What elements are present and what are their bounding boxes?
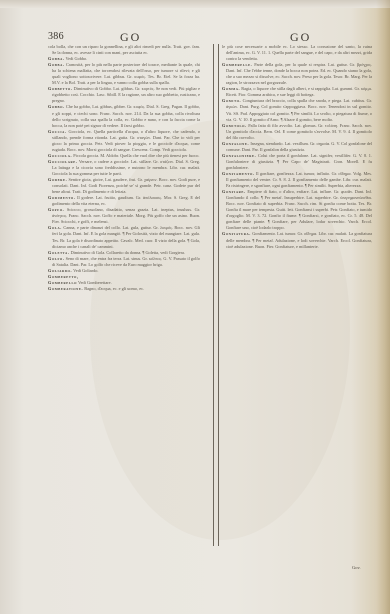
dictionary-entry: Gomberatione. Bagno, d'acqua, ec. e gli … [48, 286, 200, 292]
dictionary-entry: Gonfaloniere. Colui che porta il gonfalo… [222, 153, 372, 171]
entry-headword: Gobbo. [48, 104, 65, 109]
page-curl-shadow [376, 0, 390, 614]
right-column: le più cose necessarie a mobile ec. Lo s… [222, 44, 372, 250]
entry-definition: Congiuntura del braccio, colla spalla ch… [226, 98, 372, 121]
entry-headword: Gonfaloniere. [222, 153, 256, 158]
entry-headword: Gonfiatura. [222, 231, 251, 236]
entry-definition: Sentire gioia, gioire, Lat. gaudere, fru… [52, 177, 200, 194]
entry-definition: Vedi Gomberettare. [78, 280, 112, 285]
dictionary-entry: Gobba. Carnosità, per lo più nella parte… [48, 62, 200, 86]
dictionary-entry: Golfo. Seno di mare, che entra fra terra… [48, 256, 200, 268]
entry-headword: Gomito. [222, 98, 241, 103]
dictionary-entry: Gomberelle. Parte della gola, per la qua… [222, 62, 372, 86]
dictionary-entry: Goccia. Gocciola, ec. Quella particella … [48, 129, 200, 153]
entry-definition: Sciocco, grossolano, disadatto, senza gr… [52, 207, 200, 224]
entry-headword: Gocciola. [48, 153, 72, 158]
entry-headword: Gobbetto. [48, 86, 72, 91]
scanned-page: 386 GO GO cola bolla, che con un riparo … [0, 0, 390, 614]
entry-definition: Il godere. Lat. fruitio, gaudium. Gr. ἀπ… [52, 195, 200, 206]
dictionary-entry: Gonfiamento. Il gonfiare, gonfiezza. Lat… [222, 171, 372, 189]
dictionary-entry: Gocciolare. Versare, o cadere a gocciole… [48, 159, 200, 177]
entry-definition: le più cose necessarie a mobile ec. Lo s… [222, 44, 372, 61]
running-head-left: GO [120, 30, 141, 45]
dictionary-entry: Godimento. Il godere. Lat. fruitio, gaud… [48, 195, 200, 207]
entry-headword: Goffo. [48, 207, 64, 212]
entry-headword: Gocciolare. [48, 159, 78, 164]
entry-headword: Godimento. [48, 195, 75, 200]
entry-definition: Empiere di fiato, o d'altro, enfiare. La… [226, 189, 372, 230]
dictionary-entry: Gomitolo. Palla fatta di filo avvolto. L… [222, 123, 372, 141]
dictionary-entry: Goffo. Sciocco, grossolano, disadatto, s… [48, 207, 200, 225]
dictionary-entry: Gobbetto. Diminutivo di Gobbo. Lat. gibb… [48, 86, 200, 104]
entry-headword: Gomitolo. [222, 123, 247, 128]
entry-headword: Gobba. [48, 62, 65, 67]
dictionary-entry: Gonfiatura. Gonfiamento. Lat. tumor. Gr.… [222, 231, 372, 249]
entry-definition: cola bolla, che con un riparo la gonnell… [48, 44, 200, 55]
page-number: 386 [48, 31, 64, 42]
entry-definition: Che ha gobbo, Lat. gibbus, gibber. Gr. κ… [52, 104, 200, 127]
dictionary-entry: Gomito. Congiuntura del braccio, colla s… [222, 98, 372, 122]
page-header: 386 GO GO [48, 31, 360, 45]
entry-headword: Gomberetto, [48, 274, 79, 279]
entry-headword: Gomma. [222, 86, 240, 91]
entry-headword: Gola. [48, 225, 62, 230]
entry-definition: Palla fatta di filo avvolto. Lat. glomus… [226, 123, 372, 140]
dictionary-entry: Gobbo. Che ha gobbo, Lat. gibbus, gibber… [48, 104, 200, 128]
entry-definition: Vedi Goliardo. [73, 268, 98, 273]
dictionary-entry: le più cose necessarie a mobile ec. Lo s… [222, 44, 372, 62]
dictionary-entry: Gonfalone. Insegna, stendardo. Lat. vexi… [222, 141, 372, 153]
entry-definition: Gocciola, ec. Quella particella d'acqua,… [52, 129, 200, 152]
entry-headword: Godere. [48, 177, 67, 182]
page-top-edge [0, 0, 390, 8]
dictionary-entry: Gomma. Ragia, o liquore che stilla dagli… [222, 86, 372, 98]
entry-definition: Bagno, d'acqua, ec. e gli uomo, ec. [84, 286, 144, 291]
column-divider [213, 44, 219, 546]
entry-definition: Diminutivo di Gola. Collaretto da donna.… [71, 250, 185, 255]
entry-headword: Goliardo. [48, 268, 72, 273]
dictionary-entry: Gonfiare. Empiere di fiato, o d'altro, e… [222, 189, 372, 231]
entry-definition: Canna, e parte dinanzi del collo. Lat. g… [52, 225, 200, 248]
entry-definition: Piccola goccia. M. Aldobr. Quella che vu… [73, 153, 199, 158]
entry-headword: Gomberelle. [222, 62, 252, 67]
entry-headword: Gomberatione. [48, 286, 83, 291]
entry-definition: Carnosità, per lo più nella parte poster… [52, 62, 200, 85]
entry-definition: Vedi Gobbo. [66, 56, 88, 61]
entry-definition: Diminutivo di Gobbo. Lat. gibbus. Gr. κυ… [52, 86, 200, 103]
catchword: Gov. [352, 565, 361, 570]
entry-headword: Gobba. [48, 56, 65, 61]
dictionary-entry: cola bolla, che con un riparo la gonnell… [48, 44, 200, 56]
dictionary-entry: Gola. Canna, e parte dinanzi del collo. … [48, 225, 200, 249]
dictionary-entry: Godere. Sentire gioia, gioire, Lat. gaud… [48, 177, 200, 195]
entry-headword: Golfo. [48, 256, 65, 261]
running-head-right: GO [290, 30, 311, 45]
entry-definition: Seno di mare, che entra fra terra. Lat. … [52, 256, 200, 267]
entry-headword: Gomberello [48, 280, 77, 285]
entry-definition: Ragia, o liquore che stilla dagli alberi… [226, 86, 372, 97]
entry-headword: Goccia. [48, 129, 67, 134]
entry-headword: Gonfiamento. [222, 171, 255, 176]
entry-headword: Gonfalone. [222, 141, 249, 146]
entry-headword: Gonfiare. [222, 189, 246, 194]
entry-headword: Goletta. [48, 250, 70, 255]
left-column: cola bolla, che con un riparo la gonnell… [48, 44, 200, 292]
